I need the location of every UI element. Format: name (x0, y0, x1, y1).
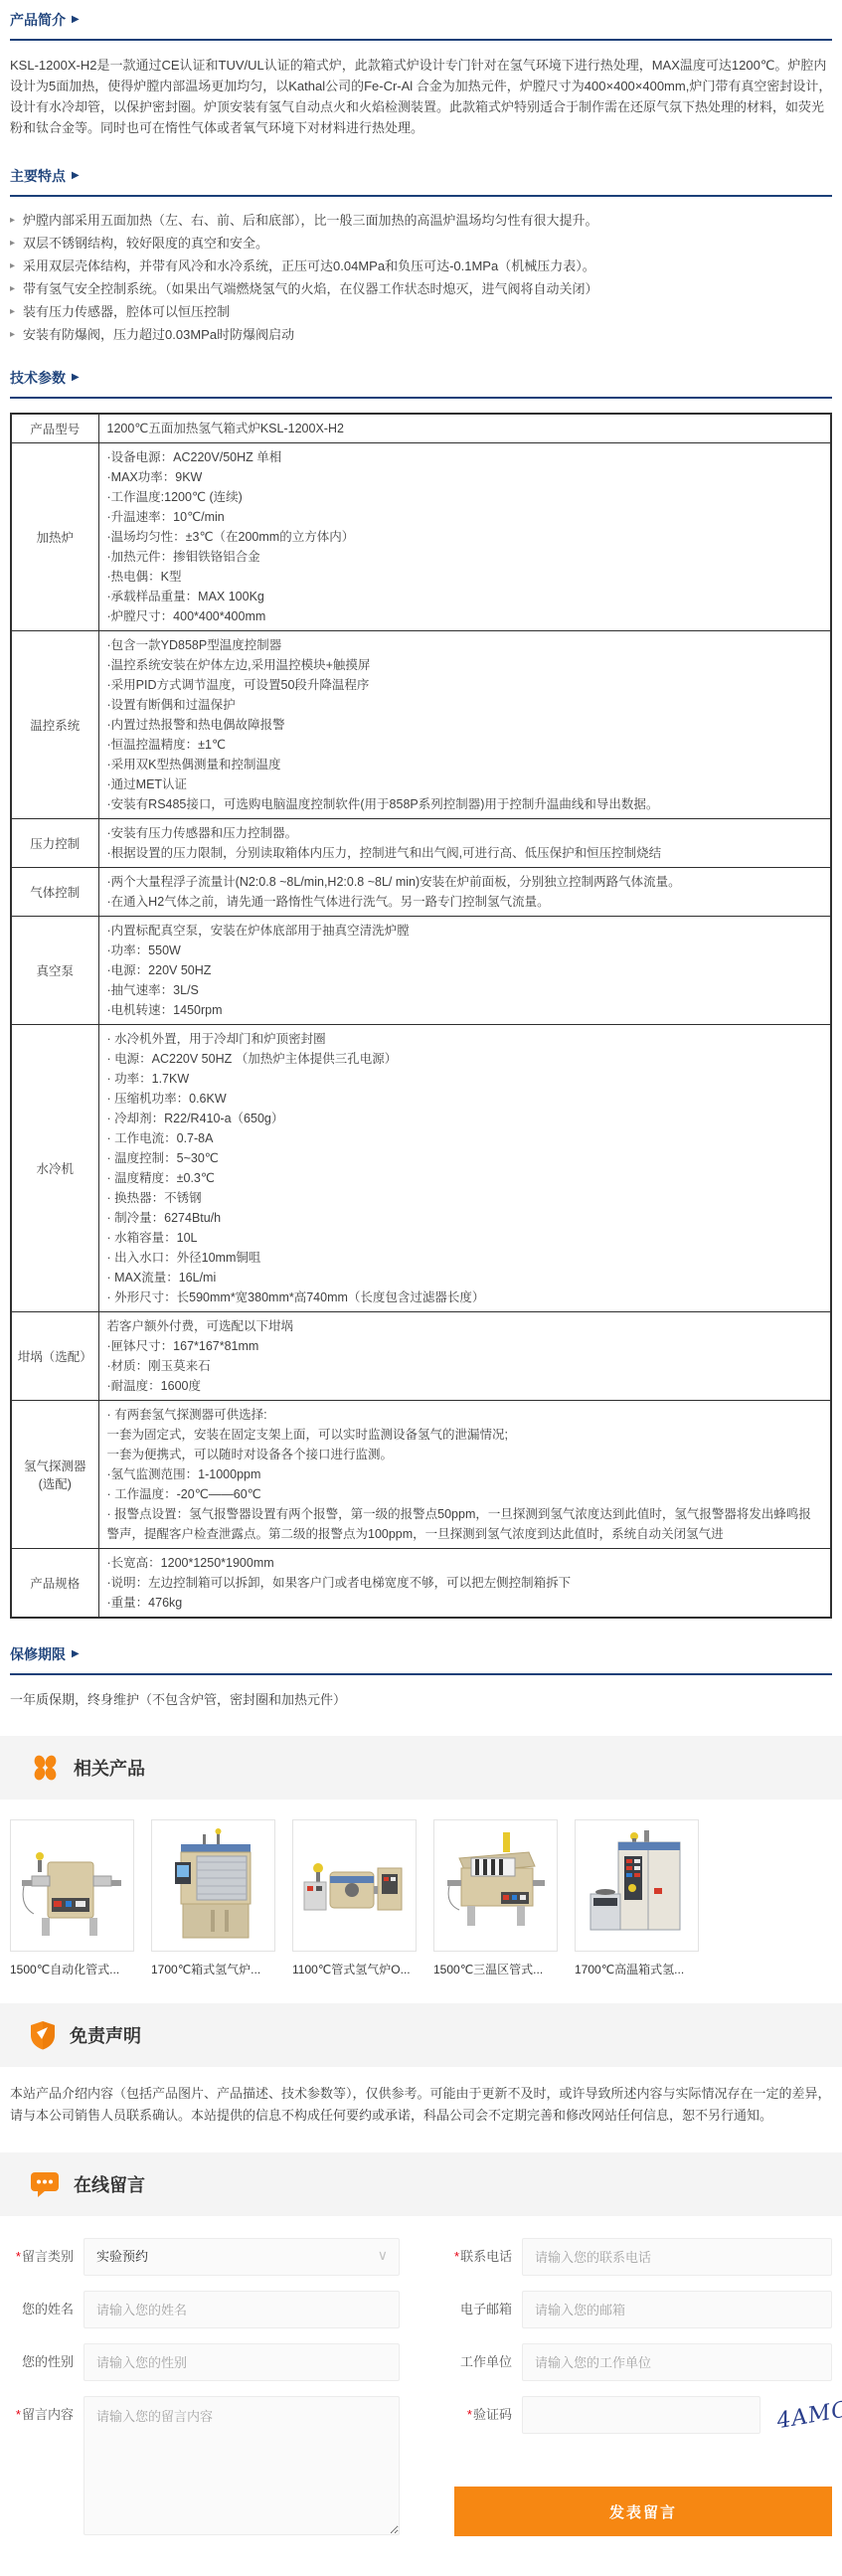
name-label: 您的姓名 (10, 2291, 74, 2328)
spec-line: ·采用PID方式调节温度，可设置50段升降温程序 (107, 675, 823, 695)
gender-label: 您的性别 (10, 2343, 74, 2381)
spec-row: 水冷机· 水冷机外置，用于冷却门和炉顶密封圈· 电源：AC220V 50HZ （… (11, 1025, 831, 1312)
spec-line: ·长宽高：1200*1250*1900mm (107, 1553, 823, 1573)
spec-value: · 水冷机外置，用于冷却门和炉顶密封圈· 电源：AC220V 50HZ （加热炉… (98, 1025, 831, 1312)
spec-line: ·电源：220V 50HZ (107, 960, 823, 980)
spec-line: ·抽气速率：3L/S (107, 980, 823, 1000)
disclaimer-band: 免责声明 (0, 2003, 842, 2067)
captcha-label: *验证码 (454, 2396, 512, 2434)
spec-line: · 换热器：不锈钢 (107, 1188, 823, 1208)
phone-label: *联系电话 (454, 2238, 512, 2276)
form-row-phone: *联系电话 (454, 2238, 832, 2276)
petals-icon (30, 1753, 60, 1783)
product-caption: 1700℃箱式氢气炉... (151, 1961, 275, 1977)
spec-line: ·内置过热报警和热电偶故障报警 (107, 715, 823, 735)
spec-line: ·热电偶：K型 (107, 567, 823, 587)
spec-line: · 出入水口：外径10mm铜咀 (107, 1248, 823, 1268)
spec-line: ·在通入H2气体之前，请先通一路惰性气体进行洗气。另一路专门控制氢气流量。 (107, 892, 823, 912)
feature-text: 炉膛内部采用五面加热（左、右、前、后和底部），比一般三面加热的高温炉温场均匀性有… (23, 209, 598, 232)
disclaimer-text: 本站产品介绍内容（包括产品图片、产品描述、技术参数等），仅供参考。可能由于更新不… (10, 2083, 832, 2127)
spec-line: ·内置标配真空泵，安装在炉体底部用于抽真空清洗炉膛 (107, 921, 823, 941)
spec-line: ·加热元件：掺钼铁铬铝合金 (107, 547, 823, 567)
spec-line: ·包含一款YD858P型温度控制器 (107, 635, 823, 655)
spec-line: · MAX流量：16L/mi (107, 1268, 823, 1288)
form-row-workunit: 工作单位 (454, 2343, 832, 2381)
spec-value: ·两个大量程浮子流量计(N2:0.8 ~8L/min,H2:0.8 ~8L/ m… (98, 868, 831, 917)
spec-label: 压力控制 (11, 819, 98, 868)
spec-line: ·安装有压力传感器和压力控制器。 (107, 823, 823, 843)
message-content-textarea[interactable] (84, 2396, 400, 2535)
section-heading-specs: 技术参数 ▶ (10, 364, 832, 399)
spec-value: 1200℃五面加热氢气箱式炉KSL-1200X-H2 (98, 414, 831, 443)
spec-value: · 有两套氢气探测器可供选择:一套为固定式，安装在固定支架上面，可以实时监测设备… (98, 1401, 831, 1549)
related-product-card[interactable]: 1500℃三温区管式... (433, 1819, 558, 1977)
spec-line: · 制冷量：6274Btu/h (107, 1208, 823, 1228)
related-products-row: 1500℃自动化管式... 1700℃箱式氢气炉... (10, 1819, 832, 1977)
spec-line: ·安装有RS485接口，可选购电脑温度控制软件(用于858P系列控制器)用于控制… (107, 794, 823, 814)
spec-line: ·MAX功率：9KW (107, 467, 823, 487)
gender-input[interactable] (84, 2343, 400, 2381)
spec-value: ·长宽高：1200*1250*1900mm·说明：左边控制箱可以拆卸，如果客户门… (98, 1549, 831, 1619)
form-row-captcha: *验证码 4AMC (454, 2396, 832, 2434)
spec-line: ·氢气监测范围：1-1000ppm (107, 1464, 823, 1484)
section-heading-intro: 产品简介 ▶ (10, 6, 832, 41)
product-caption: 1100℃管式氢气炉O... (292, 1961, 417, 1977)
name-input[interactable] (84, 2291, 400, 2328)
spec-line: ·设备电源：AC220V/50HZ 单相 (107, 447, 823, 467)
message-type-label: *留言类别 (10, 2238, 74, 2276)
spec-label: 产品规格 (11, 1549, 98, 1619)
product-image (575, 1819, 699, 1952)
phone-input[interactable] (522, 2238, 832, 2276)
spec-label: 真空泵 (11, 917, 98, 1025)
email-input[interactable] (522, 2291, 832, 2328)
spec-line: ·承载样品重量：MAX 100Kg (107, 587, 823, 606)
message-type-select[interactable]: 实验预约 (84, 2238, 400, 2276)
spec-line: ·耐温度：1600度 (107, 1376, 823, 1396)
warranty-title: 保修期限 (10, 1644, 66, 1664)
spec-line: ·材质：刚玉莫来石 (107, 1356, 823, 1376)
section-heading-features: 主要特点 ▶ (10, 162, 832, 197)
related-products-title: 相关产品 (74, 1755, 145, 1781)
spec-line: ·重量：476kg (107, 1593, 823, 1613)
spec-line: ·两个大量程浮子流量计(N2:0.8 ~8L/min,H2:0.8 ~8L/ m… (107, 872, 823, 892)
spec-line: ·炉膛尺寸：400*400*400mm (107, 606, 823, 626)
intro-paragraph: KSL-1200X-H2是一款通过CE认证和TUV/UL认证的箱式炉，此款箱式炉… (10, 55, 832, 138)
bullet-icon: ▸ (10, 209, 15, 232)
spec-label: 产品型号 (11, 414, 98, 443)
triangle-right-icon: ▶ (72, 171, 80, 181)
form-right-column: *联系电话 电子邮箱 工作单位 *验证码 4AMC (454, 2238, 832, 2536)
form-row-gender: 您的性别 (10, 2343, 400, 2381)
product-caption: 1700℃高温箱式氢... (575, 1961, 699, 1977)
triangle-right-icon: ▶ (72, 373, 80, 383)
spec-line: ·功率：550W (107, 941, 823, 960)
spec-line: · 温度精度：±0.3℃ (107, 1168, 823, 1188)
submit-message-button[interactable]: 发表留言 (454, 2487, 832, 2536)
spec-row: 坩埚（选配）若客户额外付费，可选配以下坩埚·匣钵尺寸：167*167*81mm·… (11, 1312, 831, 1401)
spec-line: · 报警点设置：氢气报警器设置有两个报警，第一级的报警点50ppm，一旦探测到氢… (107, 1504, 823, 1544)
bullet-icon: ▸ (10, 232, 15, 255)
product-image (433, 1819, 558, 1952)
spec-line: · 有两套氢气探测器可供选择: (107, 1405, 823, 1425)
product-image (10, 1819, 134, 1952)
spec-line: ·温场均匀性：±3℃（在200mm的立方体内） (107, 527, 823, 547)
bullet-icon: ▸ (10, 300, 15, 323)
features-title: 主要特点 (10, 166, 66, 186)
spec-label: 氢气探测器 (选配) (11, 1401, 98, 1549)
related-product-card[interactable]: 1500℃自动化管式... (10, 1819, 134, 1977)
specs-table: 产品型号1200℃五面加热氢气箱式炉KSL-1200X-H2加热炉·设备电源：A… (10, 413, 832, 1619)
disclaimer-title: 免责声明 (70, 2022, 141, 2048)
spec-value: 若客户额外付费，可选配以下坩埚·匣钵尺寸：167*167*81mm·材质：刚玉莫… (98, 1312, 831, 1401)
spec-row: 真空泵·内置标配真空泵，安装在炉体底部用于抽真空清洗炉膛·功率：550W·电源：… (11, 917, 831, 1025)
message-title: 在线留言 (74, 2171, 145, 2197)
required-asterisk: * (16, 2249, 21, 2264)
bullet-icon: ▸ (10, 277, 15, 300)
spec-line: · 水箱容量：10L (107, 1228, 823, 1248)
related-products-band: 相关产品 (0, 1736, 842, 1800)
spec-row: 氢气探测器 (选配)· 有两套氢气探测器可供选择:一套为固定式，安装在固定支架上… (11, 1401, 831, 1549)
product-detail-page: 产品简介 ▶ KSL-1200X-H2是一款通过CE认证和TUV/UL认证的箱式… (0, 0, 842, 2576)
spec-label: 水冷机 (11, 1025, 98, 1312)
warranty-text: 一年质保期，终身维护（不包含炉管，密封圈和加热元件） (10, 1689, 832, 1710)
spec-value: ·内置标配真空泵，安装在炉体底部用于抽真空清洗炉膛·功率：550W·电源：220… (98, 917, 831, 1025)
related-product-card[interactable]: 1100℃管式氢气炉O... (292, 1819, 417, 1977)
spec-line: · 外形尺寸：长590mm*宽380mm*高740mm（长度包含过滤器长度） (107, 1288, 823, 1307)
spec-line: 一套为固定式，安装在固定支架上面，可以实时监测设备氢气的泄漏情况; (107, 1425, 823, 1445)
intro-title: 产品简介 (10, 10, 66, 30)
spec-label: 坩埚（选配） (11, 1312, 98, 1401)
triangle-right-icon: ▶ (72, 1649, 80, 1659)
spec-line: ·恒温控温精度：±1℃ (107, 735, 823, 755)
feature-item: ▸双层不锈钢结构，较好限度的真空和安全。 (10, 232, 832, 255)
feature-text: 带有氢气安全控制系统。（如果出气端燃烧氢气的火焰，在仪器工作状态时熄灭，进气阀将… (23, 277, 598, 300)
message-form: *留言类别 实验预约 ∨ 您的姓名 您的性别 *留言内容 *联系电话 (0, 2238, 842, 2536)
form-row-name: 您的姓名 (10, 2291, 400, 2328)
required-asterisk: * (454, 2249, 459, 2264)
product-caption: 1500℃三温区管式... (433, 1961, 558, 1977)
form-row-message-type: *留言类别 实验预约 ∨ (10, 2238, 400, 2276)
spec-line: ·匣钵尺寸：167*167*81mm (107, 1336, 823, 1356)
workunit-label: 工作单位 (454, 2343, 512, 2381)
svg-text:4AMC: 4AMC (774, 2397, 842, 2433)
spec-line: ·通过MET认证 (107, 774, 823, 794)
feature-text: 采用双层壳体结构，并带有风冷和水冷系统，正压可达0.04MPa和负压可达-0.1… (23, 255, 595, 277)
section-heading-warranty: 保修期限 ▶ (10, 1640, 832, 1675)
spec-label: 气体控制 (11, 868, 98, 917)
feature-item: ▸采用双层壳体结构，并带有风冷和水冷系统，正压可达0.04MPa和负压可达-0.… (10, 255, 832, 277)
spec-line: · 压缩机功率：0.6KW (107, 1089, 823, 1109)
spec-row: 产品型号1200℃五面加热氢气箱式炉KSL-1200X-H2 (11, 414, 831, 443)
spec-line: · 工作温度：-20℃——60℃ (107, 1484, 823, 1504)
product-image (292, 1819, 417, 1952)
spec-row: 压力控制·安装有压力传感器和压力控制器。·根据设置的压力限制，分别读取箱体内压力… (11, 819, 831, 868)
product-image (151, 1819, 275, 1952)
triangle-right-icon: ▶ (72, 15, 80, 25)
chat-bubble-icon (30, 2170, 60, 2198)
spec-line: · 冷却剂：R22/R410-a（650g） (107, 1109, 823, 1128)
spec-line: ·根据设置的压力限制，分别读取箱体内压力，控制进气和出气阀,可进行高、低压保护和… (107, 843, 823, 863)
spec-value: ·设备电源：AC220V/50HZ 单相·MAX功率：9KW·工作温度:1200… (98, 443, 831, 631)
product-caption: 1500℃自动化管式... (10, 1961, 134, 1977)
shield-icon (30, 2020, 56, 2050)
form-row-email: 电子邮箱 (454, 2291, 832, 2328)
spec-line: 一套为便携式，可以随时对设备各个接口进行监测。 (107, 1445, 823, 1464)
spec-label: 加热炉 (11, 443, 98, 631)
feature-item: ▸装有压力传感器，腔体可以恒压控制 (10, 300, 832, 323)
feature-item: ▸带有氢气安全控制系统。（如果出气端燃烧氢气的火焰，在仪器工作状态时熄灭，进气阀… (10, 277, 832, 300)
form-left-column: *留言类别 实验预约 ∨ 您的姓名 您的性别 *留言内容 (10, 2238, 400, 2536)
spec-value: ·包含一款YD858P型温度控制器·温控系统安装在炉体左边,采用温控模块+触摸屏… (98, 631, 831, 819)
feature-text: 装有压力传感器，腔体可以恒压控制 (23, 300, 230, 323)
captcha-input[interactable] (522, 2396, 760, 2434)
spec-row: 产品规格·长宽高：1200*1250*1900mm·说明：左边控制箱可以拆卸，如… (11, 1549, 831, 1619)
bullet-icon: ▸ (10, 255, 15, 277)
feature-text: 双层不锈钢结构，较好限度的真空和安全。 (23, 232, 268, 255)
spec-value: ·安装有压力传感器和压力控制器。·根据设置的压力限制，分别读取箱体内压力，控制进… (98, 819, 831, 868)
required-asterisk: * (467, 2407, 472, 2422)
spec-line: · 温度控制：5~30℃ (107, 1148, 823, 1168)
spec-label: 温控系统 (11, 631, 98, 819)
email-label: 电子邮箱 (454, 2291, 512, 2328)
spec-line: ·温控系统安装在炉体左边,采用温控模块+触摸屏 (107, 655, 823, 675)
spec-line: ·设置有断偶和过温保护 (107, 695, 823, 715)
workunit-input[interactable] (522, 2343, 832, 2381)
message-band: 在线留言 (0, 2152, 842, 2216)
spec-line: ·工作温度:1200℃ (连续) (107, 487, 823, 507)
related-product-card[interactable]: 1700℃箱式氢气炉... (151, 1819, 275, 1977)
spec-line: · 水冷机外置，用于冷却门和炉顶密封圈 (107, 1029, 823, 1049)
spec-line: ·采用双K型热偶测量和控制温度 (107, 755, 823, 774)
spec-line: ·说明：左边控制箱可以拆卸，如果客户门或者电梯宽度不够，可以把左侧控制箱拆下 (107, 1573, 823, 1593)
spec-line: ·升温速率：10℃/min (107, 507, 823, 527)
captcha-image[interactable]: 4AMC (772, 2397, 842, 2433)
spec-line: · 电源：AC220V 50HZ （加热炉主体提供三孔电源） (107, 1049, 823, 1069)
related-product-card[interactable]: 1700℃高温箱式氢... (575, 1819, 699, 1977)
specs-title: 技术参数 (10, 368, 66, 388)
spec-row: 气体控制·两个大量程浮子流量计(N2:0.8 ~8L/min,H2:0.8 ~8… (11, 868, 831, 917)
features-list: ▸炉膛内部采用五面加热（左、右、前、后和底部），比一般三面加热的高温炉温场均匀性… (10, 209, 832, 346)
spec-row: 温控系统·包含一款YD858P型温度控制器·温控系统安装在炉体左边,采用温控模块… (11, 631, 831, 819)
message-content-label: *留言内容 (10, 2396, 74, 2434)
spec-row: 加热炉·设备电源：AC220V/50HZ 单相·MAX功率：9KW·工作温度:1… (11, 443, 831, 631)
feature-item: ▸安装有防爆阀，压力超过0.03MPa时防爆阀启动 (10, 323, 832, 346)
spec-line: · 功率：1.7KW (107, 1069, 823, 1089)
bullet-icon: ▸ (10, 323, 15, 346)
feature-item: ▸炉膛内部采用五面加热（左、右、前、后和底部），比一般三面加热的高温炉温场均匀性… (10, 209, 832, 232)
spec-line: 若客户额外付费，可选配以下坩埚 (107, 1316, 823, 1336)
feature-text: 安装有防爆阀，压力超过0.03MPa时防爆阀启动 (23, 323, 294, 346)
required-asterisk: * (16, 2407, 21, 2422)
form-row-message-content: *留言内容 (10, 2396, 400, 2535)
spec-line: 1200℃五面加热氢气箱式炉KSL-1200X-H2 (107, 419, 823, 438)
spec-line: ·电机转速：1450rpm (107, 1000, 823, 1020)
spec-line: · 工作电流：0.7-8A (107, 1128, 823, 1148)
